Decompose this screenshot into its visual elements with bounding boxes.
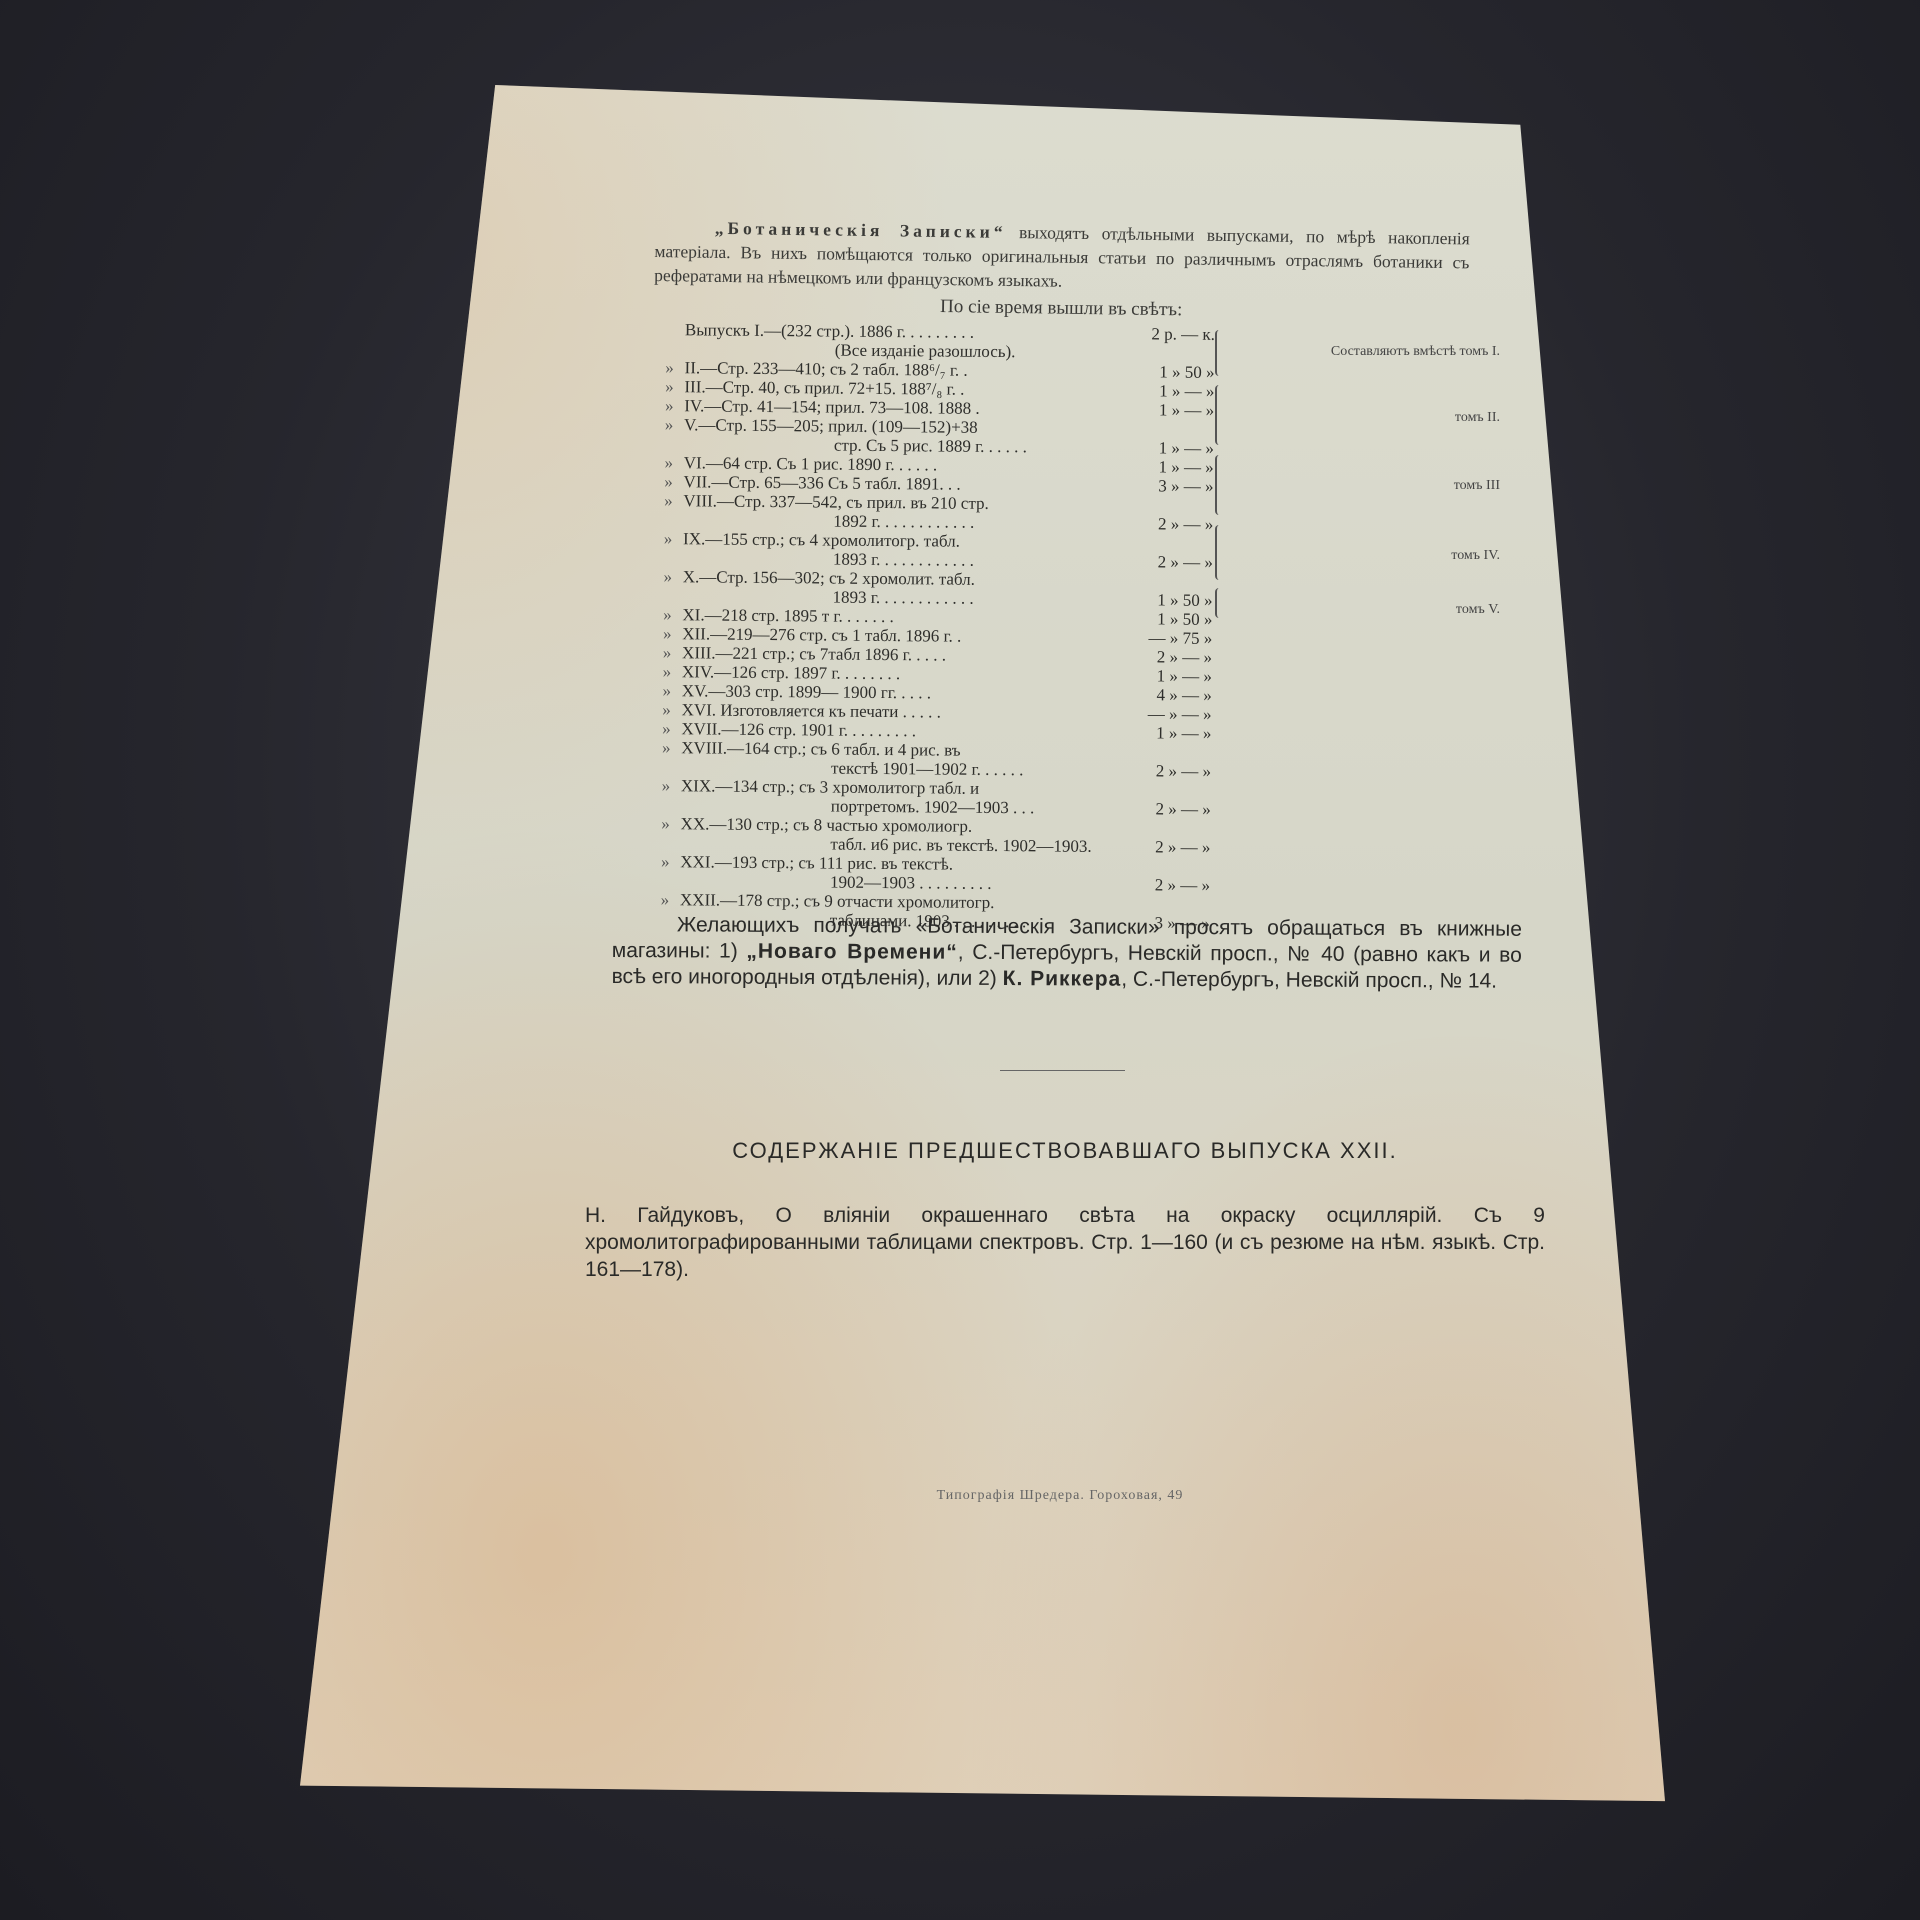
- volume-label-4: томъ IV.: [1451, 548, 1500, 564]
- issue-price: — » 75 »: [1122, 628, 1212, 648]
- ditto-mark: »: [653, 529, 683, 548]
- issue-price: [1121, 780, 1211, 800]
- ditto-mark: [651, 795, 681, 814]
- ditto-mark: »: [652, 681, 682, 700]
- printer-imprint: Типографія Шредера. Гороховая, 49: [895, 1488, 1225, 1504]
- ditto-mark: »: [651, 738, 681, 757]
- contents-entry: Н. Гайдуковъ, О вліяніи окрашеннаго свѣт…: [585, 1202, 1545, 1283]
- ditto-mark: »: [652, 605, 682, 624]
- ditto-mark: [655, 320, 685, 339]
- issue-price: 1 » 50 »: [1124, 362, 1214, 382]
- ditto-mark: »: [652, 643, 682, 662]
- issue-price: [1120, 856, 1210, 876]
- ditto-mark: »: [654, 453, 684, 472]
- ditto-mark: [650, 871, 680, 890]
- issue-price: 2 » — »: [1123, 514, 1213, 534]
- ditto-mark: [650, 833, 680, 852]
- issue-price: 2 » — »: [1120, 875, 1210, 895]
- ditto-mark: [653, 510, 683, 529]
- ditto-mark: »: [654, 377, 684, 396]
- ditto-mark: [655, 339, 685, 358]
- ditto-mark: »: [652, 624, 682, 643]
- issue-price: [1123, 571, 1213, 591]
- ditto-mark: »: [654, 415, 684, 434]
- volume-label-1: Составляютъ вмѣстѣ томъ I.: [1331, 344, 1500, 360]
- brace-volume-3: [1215, 455, 1223, 515]
- brace-volume-4: [1215, 525, 1223, 580]
- store-novoe-vremya: „Новаго Времени“: [746, 940, 958, 964]
- ditto-mark: »: [651, 719, 681, 738]
- ditto-mark: »: [652, 662, 682, 681]
- issue-price: 1 » — »: [1124, 381, 1214, 401]
- issue-price: 1 » 50 »: [1122, 590, 1212, 610]
- issue-price: 2 » — »: [1123, 552, 1213, 572]
- contents-heading: СОДЕРЖАНІЕ ПРЕДШЕСТВОВАВШАГО ВЫПУСКА XXI…: [600, 1138, 1530, 1164]
- issue-price: 1 » — »: [1122, 666, 1212, 686]
- store-rikker: К. Риккера: [1003, 967, 1122, 991]
- brace-volume-5: [1215, 588, 1223, 618]
- brace-volume-1: [1215, 330, 1223, 376]
- issue-price: [1124, 419, 1214, 439]
- ditto-mark: »: [655, 358, 685, 377]
- issue-price: 1 » — »: [1124, 400, 1214, 420]
- issue-price: [1121, 742, 1211, 762]
- volume-label-5: томъ V.: [1456, 602, 1500, 618]
- issue-price: 1 » 50 »: [1122, 609, 1212, 629]
- issue-price: 3 » — »: [1123, 476, 1213, 496]
- purchase-paragraph: Желающихъ получать «Ботаническія Записки…: [612, 912, 1522, 995]
- ditto-mark: »: [650, 890, 680, 909]
- issue-price: 1 » — »: [1121, 723, 1211, 743]
- ditto-mark: »: [654, 396, 684, 415]
- purchase-text: Желающихъ получать «Ботаническія Записки…: [612, 912, 1522, 995]
- intro-paragraph: „Ботаническія Записки“ выходятъ отдѣльны…: [654, 215, 1470, 326]
- issue-price: 1 » — »: [1124, 457, 1214, 477]
- issue-price: 2 р. — к.: [1125, 324, 1215, 344]
- ditto-mark: »: [654, 472, 684, 491]
- journal-title: „Ботаническія Записки“: [715, 218, 1007, 242]
- ditto-mark: »: [650, 852, 680, 871]
- issues-list: Выпускъ I.—(232 стр.). 1886 г. . . . . .…: [650, 320, 1215, 933]
- volume-label-2: томъ II.: [1455, 410, 1500, 426]
- issue-price: 2 » — »: [1120, 837, 1210, 857]
- issue-price: 2 » — »: [1122, 647, 1212, 667]
- ditto-mark: [653, 586, 683, 605]
- issue-price: [1125, 343, 1215, 363]
- brace-volume-2: [1215, 385, 1223, 445]
- ditto-mark: »: [653, 567, 683, 586]
- divider: [1000, 1070, 1125, 1071]
- ditto-mark: »: [653, 491, 683, 510]
- ditto-mark: [654, 434, 684, 453]
- purchase-text-c: , С.-Петербургъ, Невскій просп., № 14.: [1121, 968, 1497, 993]
- volume-label-3: томъ III: [1454, 478, 1500, 494]
- issue-price: — » — »: [1122, 704, 1212, 724]
- issue-price: 1 » — »: [1124, 438, 1214, 458]
- issue-price: [1120, 894, 1210, 914]
- document-content: „Ботаническія Записки“ выходятъ отдѣльны…: [0, 0, 1920, 1920]
- ditto-mark: »: [651, 776, 681, 795]
- ditto-mark: [651, 757, 681, 776]
- issue-price: [1121, 818, 1211, 838]
- ditto-mark: »: [651, 814, 681, 833]
- issue-price: 2 » — »: [1121, 761, 1211, 781]
- intro-text: „Ботаническія Записки“ выходятъ отдѣльны…: [654, 215, 1470, 298]
- issue-price: [1123, 533, 1213, 553]
- volumes-annotations: Составляютъ вмѣстѣ томъ I. томъ II. томъ…: [1215, 330, 1500, 620]
- issue-price: [1123, 495, 1213, 515]
- issue-price: 2 » — »: [1121, 799, 1211, 819]
- issue-price: 4 » — »: [1122, 685, 1212, 705]
- ditto-mark: »: [652, 700, 682, 719]
- ditto-mark: [653, 548, 683, 567]
